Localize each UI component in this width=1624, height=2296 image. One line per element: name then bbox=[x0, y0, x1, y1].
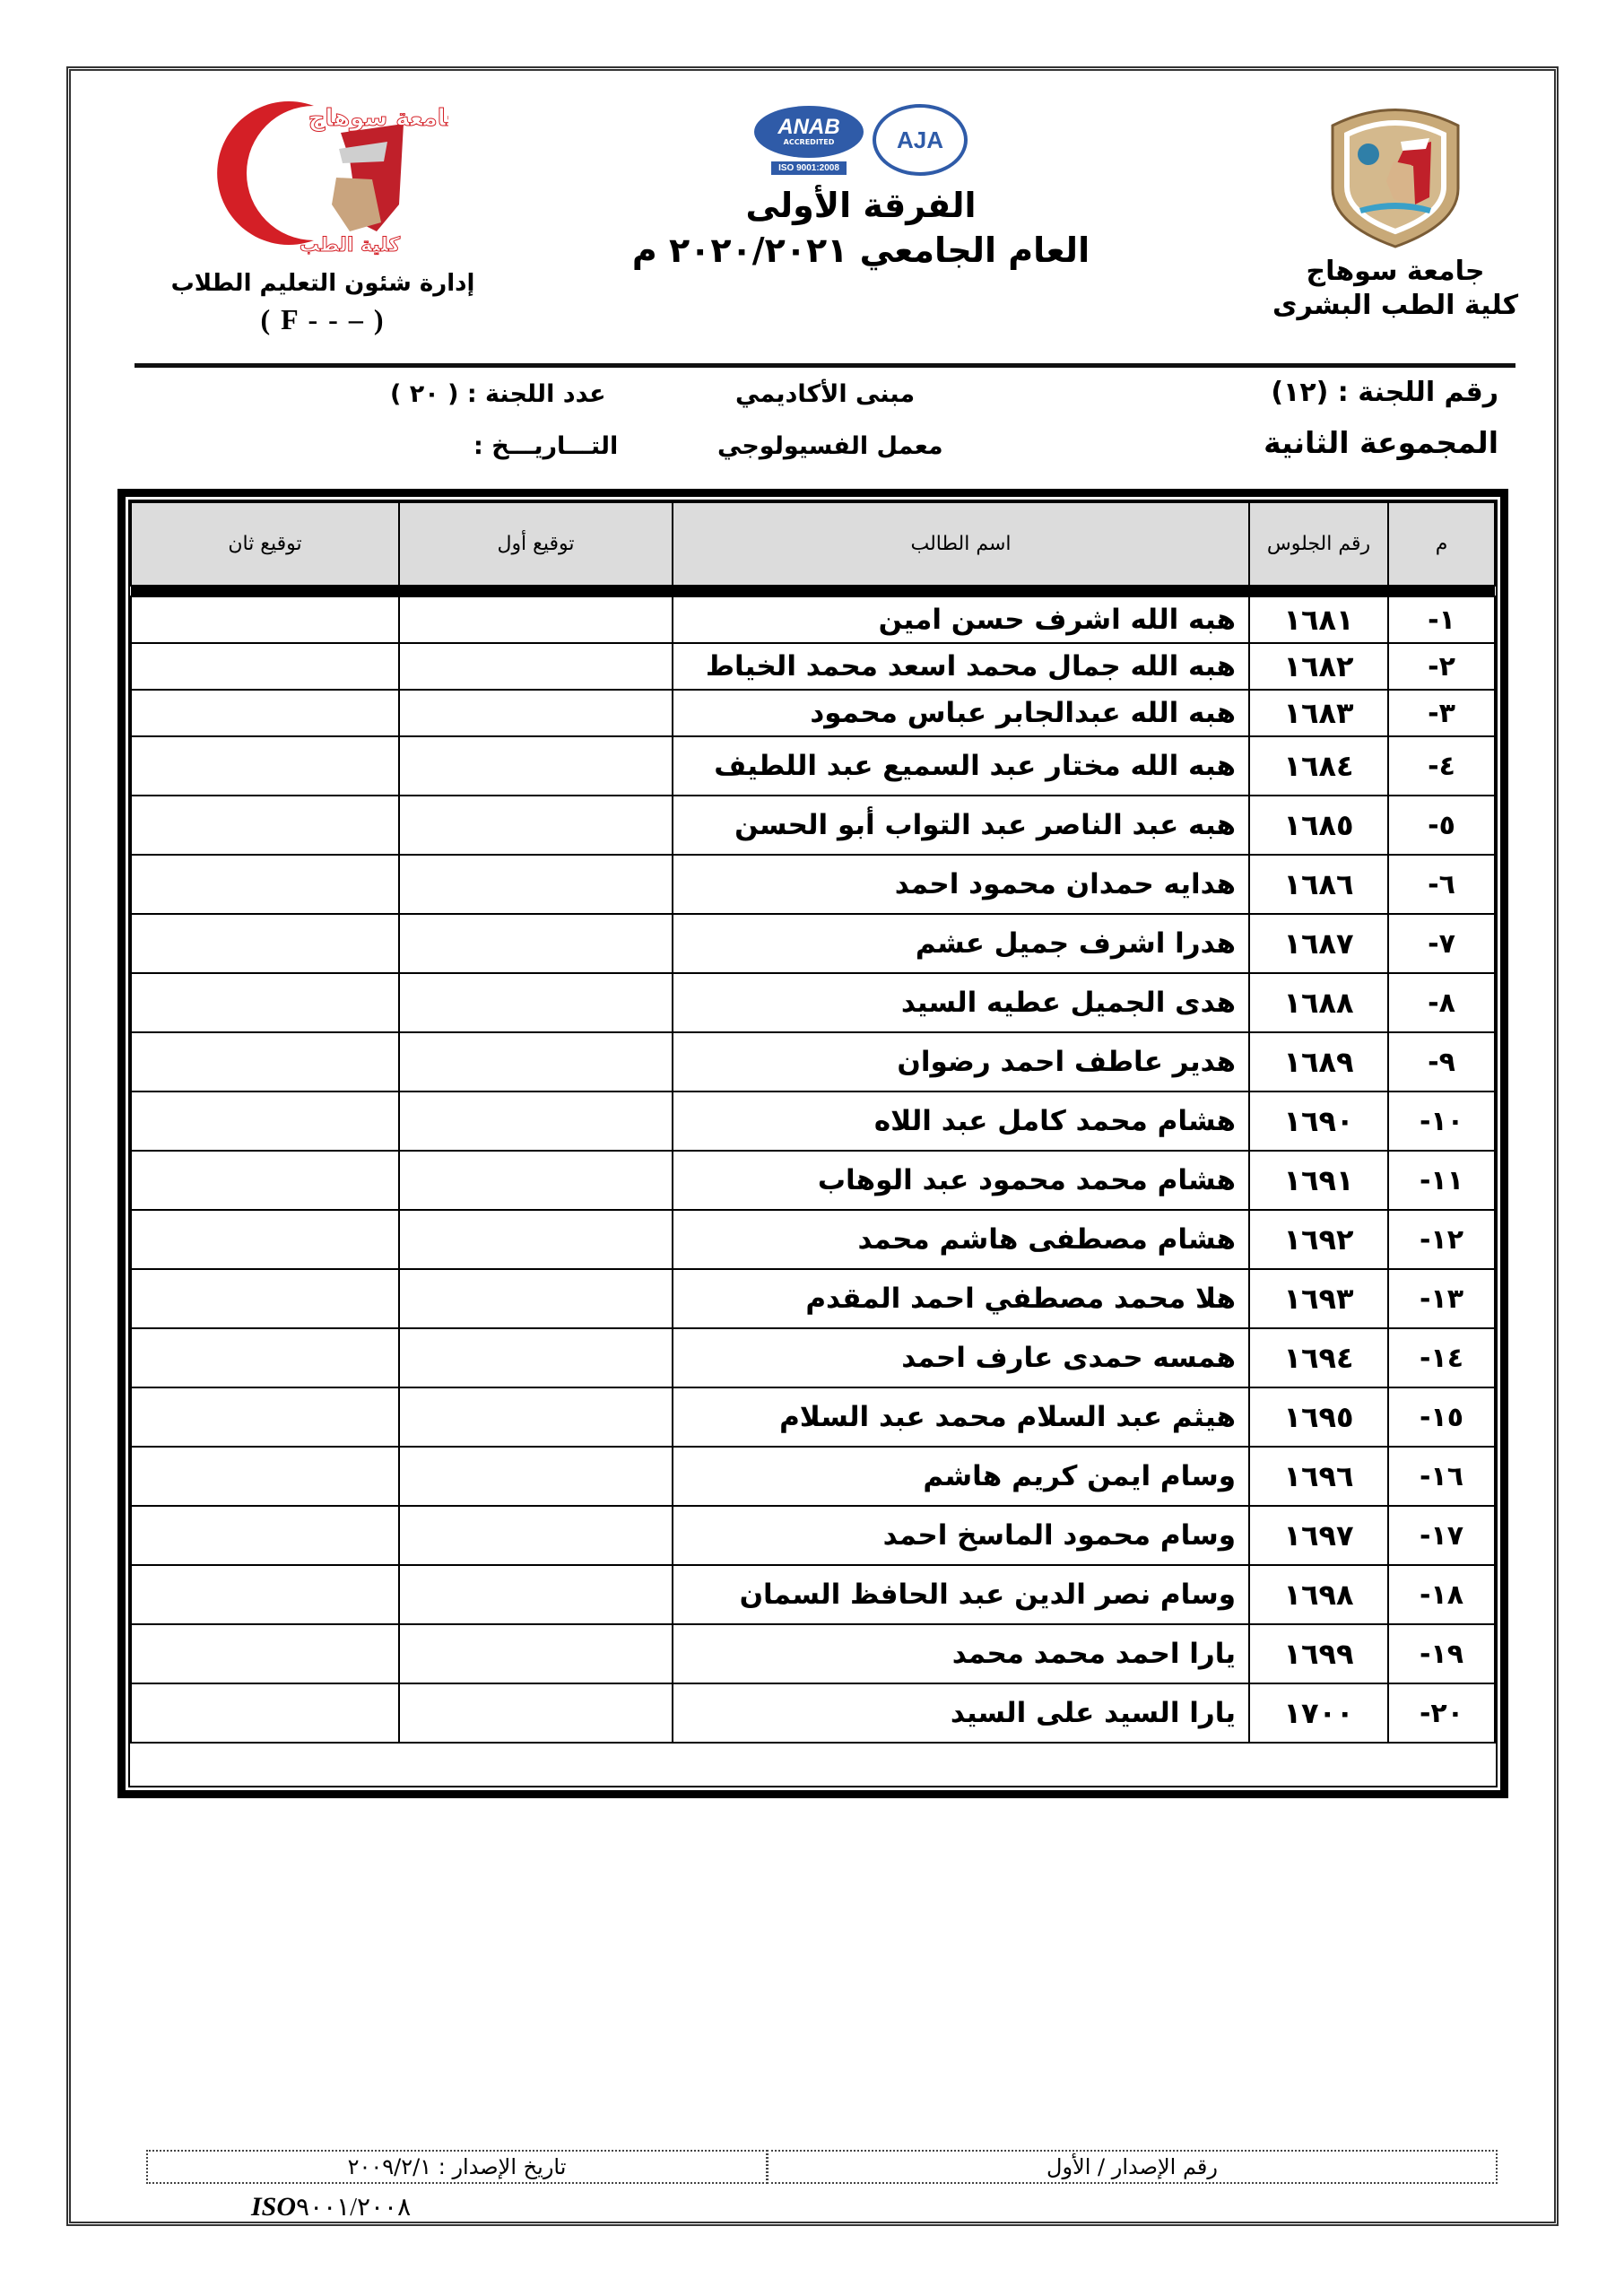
class-title: الفرقة الأولى bbox=[619, 183, 1103, 228]
student-name: هبه الله جمال محمد اسعد محمد الخياط bbox=[673, 643, 1249, 690]
col-header-student-name: اسم الطالب bbox=[673, 502, 1249, 586]
faculty-name: كلية الطب البشرى bbox=[1261, 289, 1530, 323]
seat-number: ١٦٨٣ bbox=[1249, 690, 1388, 736]
first-signature-cell[interactable] bbox=[399, 1565, 673, 1624]
first-signature-cell[interactable] bbox=[399, 1387, 673, 1447]
row-index: ١٠- bbox=[1388, 1091, 1495, 1151]
admin-header: جامعة سوهاج كلية الطب إدارة شئون التعليم… bbox=[143, 97, 502, 336]
seat-number: ١٦٩٥ bbox=[1249, 1387, 1388, 1447]
row-index: ٩- bbox=[1388, 1032, 1495, 1091]
aja-logo: AJA bbox=[873, 104, 968, 176]
student-name: هشام محمد محمود عبد الوهاب bbox=[673, 1151, 1249, 1210]
anab-logo-text: ANAB bbox=[777, 117, 839, 138]
col-header-seat-number: رقم الجلوس bbox=[1249, 502, 1388, 586]
student-name: هبه الله عبدالجابر عباس محمود bbox=[673, 690, 1249, 736]
table-row: ١٥-١٦٩٥هيثم عبد السلام محمد عبد السلام bbox=[131, 1387, 1495, 1447]
second-signature-cell[interactable] bbox=[131, 1387, 399, 1447]
table-row: ١٦-١٦٩٦وسام ايمن كريم هاشم bbox=[131, 1447, 1495, 1506]
issue-date-box: تاريخ الإصدار : ٢٠٠٩/٢/١ bbox=[146, 2150, 768, 2184]
second-signature-cell[interactable] bbox=[131, 1565, 399, 1624]
student-name: هدايه حمدان محمود احمد bbox=[673, 855, 1249, 914]
academic-year: العام الجامعي ٢٠٢٠/٢٠٢١ م bbox=[619, 228, 1103, 273]
seat-number: ١٦٨٤ bbox=[1249, 736, 1388, 796]
row-index: ٤- bbox=[1388, 736, 1495, 796]
student-name: هشام محمد كامل عبد اللاه bbox=[673, 1091, 1249, 1151]
row-index: ١- bbox=[1388, 596, 1495, 643]
row-index: ١١- bbox=[1388, 1151, 1495, 1210]
col-header-second-signature: توقيع ثان bbox=[131, 502, 399, 586]
table-row: ١٧-١٦٩٧وسام محمود الماسخ احمد bbox=[131, 1506, 1495, 1565]
group-name: المجموعة الثانية bbox=[1264, 425, 1498, 460]
student-name: هبه الله اشرف حسن امين bbox=[673, 596, 1249, 643]
row-index: ٣- bbox=[1388, 690, 1495, 736]
table-row: ٩-١٦٨٩هدير عاطف احمد رضوان bbox=[131, 1032, 1495, 1091]
iso-prefix: ISO bbox=[251, 2192, 296, 2222]
table-row: ٧-١٦٨٧هدرا اشرف جميل عشم bbox=[131, 914, 1495, 973]
iso-number: ٩٠٠١/٢٠٠٨ bbox=[296, 2194, 411, 2222]
students-table: م رقم الجلوس اسم الطالب توقيع أول توقيع … bbox=[117, 489, 1508, 1798]
seat-number: ١٦٨٥ bbox=[1249, 796, 1388, 855]
seat-number: ١٦٩٩ bbox=[1249, 1624, 1388, 1683]
second-signature-cell[interactable] bbox=[131, 1032, 399, 1091]
student-name: همسه حمدى عارف احمد bbox=[673, 1328, 1249, 1387]
table-header-row: م رقم الجلوس اسم الطالب توقيع أول توقيع … bbox=[131, 502, 1495, 586]
first-signature-cell[interactable] bbox=[399, 796, 673, 855]
second-signature-cell[interactable] bbox=[131, 736, 399, 796]
building-name: مبنى الأكاديمي bbox=[735, 380, 915, 408]
row-index: ١٣- bbox=[1388, 1269, 1495, 1328]
first-signature-cell[interactable] bbox=[399, 1269, 673, 1328]
second-signature-cell[interactable] bbox=[131, 690, 399, 736]
table-row: ٥-١٦٨٥هبه عبد الناصر عبد التواب أبو الحس… bbox=[131, 796, 1495, 855]
col-header-first-signature: توقيع أول bbox=[399, 502, 673, 586]
issue-date: تاريخ الإصدار : ٢٠٠٩/٢/١ bbox=[348, 2154, 567, 2179]
student-name: وسام نصر الدين عبد الحافظ السمان bbox=[673, 1565, 1249, 1624]
accreditation-logos: ANAB ACCREDITED ISO 9001:2008 AJA bbox=[742, 97, 980, 183]
form-code: ( F - - – ) bbox=[143, 303, 502, 336]
student-name: هدرا اشرف جميل عشم bbox=[673, 914, 1249, 973]
university-name: جامعة سوهاج bbox=[1261, 255, 1530, 289]
table-row: ١٣-١٦٩٣هلا محمد مصطفي احمد المقدم bbox=[131, 1269, 1495, 1328]
row-index: ١٥- bbox=[1388, 1387, 1495, 1447]
first-signature-cell[interactable] bbox=[399, 736, 673, 796]
seat-number: ١٦٩٣ bbox=[1249, 1269, 1388, 1328]
first-signature-cell[interactable] bbox=[399, 643, 673, 690]
date-label: التـــاريـــخ : bbox=[473, 432, 618, 460]
first-signature-cell[interactable] bbox=[399, 1624, 673, 1683]
row-index: ١٤- bbox=[1388, 1328, 1495, 1387]
row-index: ١٧- bbox=[1388, 1506, 1495, 1565]
row-index: ١٩- bbox=[1388, 1624, 1495, 1683]
university-crest-logo bbox=[1315, 99, 1476, 255]
second-signature-cell[interactable] bbox=[131, 1091, 399, 1151]
students-grid: م رقم الجلوس اسم الطالب توقيع أول توقيع … bbox=[130, 501, 1496, 1744]
seat-number: ١٦٨٢ bbox=[1249, 643, 1388, 690]
seat-number: ١٦٩٤ bbox=[1249, 1328, 1388, 1387]
row-index: ٥- bbox=[1388, 796, 1495, 855]
first-signature-cell[interactable] bbox=[399, 914, 673, 973]
second-signature-cell[interactable] bbox=[131, 1151, 399, 1210]
second-signature-cell[interactable] bbox=[131, 796, 399, 855]
faculty-medicine-logo: جامعة سوهاج كلية الطب bbox=[197, 97, 448, 262]
seat-number: ١٦٩٧ bbox=[1249, 1506, 1388, 1565]
row-index: ١٦- bbox=[1388, 1447, 1495, 1506]
table-row: ١-١٦٨١هبه الله اشرف حسن امين bbox=[131, 596, 1495, 643]
center-header: ANAB ACCREDITED ISO 9001:2008 AJA الفرقة… bbox=[619, 97, 1103, 273]
student-name: يارا السيد على السيد bbox=[673, 1683, 1249, 1743]
second-signature-cell[interactable] bbox=[131, 1624, 399, 1683]
row-index: ١٨- bbox=[1388, 1565, 1495, 1624]
seat-number: ١٧٠٠ bbox=[1249, 1683, 1388, 1743]
first-signature-cell[interactable] bbox=[399, 855, 673, 914]
header-separator bbox=[131, 586, 1495, 596]
seat-number: ١٦٩٦ bbox=[1249, 1447, 1388, 1506]
seat-number: ١٦٨٦ bbox=[1249, 855, 1388, 914]
university-header: جامعة سوهاج كلية الطب البشرى bbox=[1261, 99, 1530, 323]
logo-bottom-text: كلية الطب bbox=[300, 234, 400, 257]
seat-number: ١٦٩٨ bbox=[1249, 1565, 1388, 1624]
table-row: ٢٠-١٧٠٠يارا السيد على السيد bbox=[131, 1683, 1495, 1743]
table-row: ٢-١٦٨٢هبه الله جمال محمد اسعد محمد الخيا… bbox=[131, 643, 1495, 690]
student-name: هبه الله مختار عبد السميع عبد اللطيف bbox=[673, 736, 1249, 796]
department-name: إدارة شئون التعليم الطلاب bbox=[143, 267, 502, 300]
anab-accredited-text: ACCREDITED bbox=[784, 138, 835, 146]
seat-number: ١٦٨٧ bbox=[1249, 914, 1388, 973]
second-signature-cell[interactable] bbox=[131, 643, 399, 690]
first-signature-cell[interactable] bbox=[399, 1091, 673, 1151]
lab-name: معمل الفسيولوجي bbox=[717, 432, 943, 460]
row-index: ٢- bbox=[1388, 643, 1495, 690]
committee-count: عدد اللجنة : ( ٢٠ ) bbox=[390, 380, 606, 408]
seat-number: ١٦٨١ bbox=[1249, 596, 1388, 643]
first-signature-cell[interactable] bbox=[399, 1506, 673, 1565]
table-row: ١٨-١٦٩٨وسام نصر الدين عبد الحافظ السمان bbox=[131, 1565, 1495, 1624]
table-row: ١١-١٦٩١هشام محمد محمود عبد الوهاب bbox=[131, 1151, 1495, 1210]
second-signature-cell[interactable] bbox=[131, 1447, 399, 1506]
committee-number: رقم اللجنة : (١٢) bbox=[1271, 377, 1498, 408]
issue-number-box: رقم الإصدار / الأول bbox=[767, 2150, 1498, 2184]
second-signature-cell[interactable] bbox=[131, 1683, 399, 1743]
iso-footer: ISO٩٠٠١/٢٠٠٨ bbox=[251, 2192, 411, 2222]
table-row: ٤-١٦٨٤هبه الله مختار عبد السميع عبد اللط… bbox=[131, 736, 1495, 796]
aja-logo-text: AJA bbox=[897, 126, 943, 154]
row-index: ١٢- bbox=[1388, 1210, 1495, 1269]
second-signature-cell[interactable] bbox=[131, 1210, 399, 1269]
second-signature-cell[interactable] bbox=[131, 1328, 399, 1387]
second-signature-cell[interactable] bbox=[131, 1506, 399, 1565]
seat-number: ١٦٩٠ bbox=[1249, 1091, 1388, 1151]
table-row: ٣-١٦٨٣هبه الله عبدالجابر عباس محمود bbox=[131, 690, 1495, 736]
issue-number: رقم الإصدار / الأول bbox=[1046, 2154, 1218, 2179]
table-row: ١٩-١٦٩٩يارا احمد محمد محمد bbox=[131, 1624, 1495, 1683]
row-index: ٧- bbox=[1388, 914, 1495, 973]
anab-logo: ANAB ACCREDITED ISO 9001:2008 bbox=[754, 106, 864, 175]
header-divider bbox=[135, 363, 1515, 368]
first-signature-cell[interactable] bbox=[399, 690, 673, 736]
first-signature-cell[interactable] bbox=[399, 1447, 673, 1506]
second-signature-cell[interactable] bbox=[131, 914, 399, 973]
table-row: ١٢-١٦٩٢هشام مصطفى هاشم محمد bbox=[131, 1210, 1495, 1269]
logo-top-text: جامعة سوهاج bbox=[308, 105, 448, 132]
first-signature-cell[interactable] bbox=[399, 1210, 673, 1269]
second-signature-cell[interactable] bbox=[131, 855, 399, 914]
student-name: هشام مصطفى هاشم محمد bbox=[673, 1210, 1249, 1269]
table-row: ٦-١٦٨٦هدايه حمدان محمود احمد bbox=[131, 855, 1495, 914]
row-index: ٦- bbox=[1388, 855, 1495, 914]
student-name: هدى الجميل عطيه السيد bbox=[673, 973, 1249, 1032]
row-index: ٨- bbox=[1388, 973, 1495, 1032]
first-signature-cell[interactable] bbox=[399, 1032, 673, 1091]
second-signature-cell[interactable] bbox=[131, 973, 399, 1032]
student-name: وسام ايمن كريم هاشم bbox=[673, 1447, 1249, 1506]
first-signature-cell[interactable] bbox=[399, 1328, 673, 1387]
table-row: ٨-١٦٨٨هدى الجميل عطيه السيد bbox=[131, 973, 1495, 1032]
seat-number: ١٦٨٩ bbox=[1249, 1032, 1388, 1091]
row-index: ٢٠- bbox=[1388, 1683, 1495, 1743]
student-name: هدير عاطف احمد رضوان bbox=[673, 1032, 1249, 1091]
iso-badge: ISO 9001:2008 bbox=[771, 161, 847, 175]
student-name: هلا محمد مصطفي احمد المقدم bbox=[673, 1269, 1249, 1328]
student-name: يارا احمد محمد محمد bbox=[673, 1624, 1249, 1683]
first-signature-cell[interactable] bbox=[399, 596, 673, 643]
col-header-index: م bbox=[1388, 502, 1495, 586]
table-row: ١٤-١٦٩٤همسه حمدى عارف احمد bbox=[131, 1328, 1495, 1387]
seat-number: ١٦٩٢ bbox=[1249, 1210, 1388, 1269]
first-signature-cell[interactable] bbox=[399, 973, 673, 1032]
first-signature-cell[interactable] bbox=[399, 1151, 673, 1210]
second-signature-cell[interactable] bbox=[131, 596, 399, 643]
seat-number: ١٦٨٨ bbox=[1249, 973, 1388, 1032]
table-row: ١٠-١٦٩٠هشام محمد كامل عبد اللاه bbox=[131, 1091, 1495, 1151]
student-name: هيثم عبد السلام محمد عبد السلام bbox=[673, 1387, 1249, 1447]
student-name: هبه عبد الناصر عبد التواب أبو الحسن bbox=[673, 796, 1249, 855]
seat-number: ١٦٩١ bbox=[1249, 1151, 1388, 1210]
student-name: وسام محمود الماسخ احمد bbox=[673, 1506, 1249, 1565]
first-signature-cell[interactable] bbox=[399, 1683, 673, 1743]
second-signature-cell[interactable] bbox=[131, 1269, 399, 1328]
